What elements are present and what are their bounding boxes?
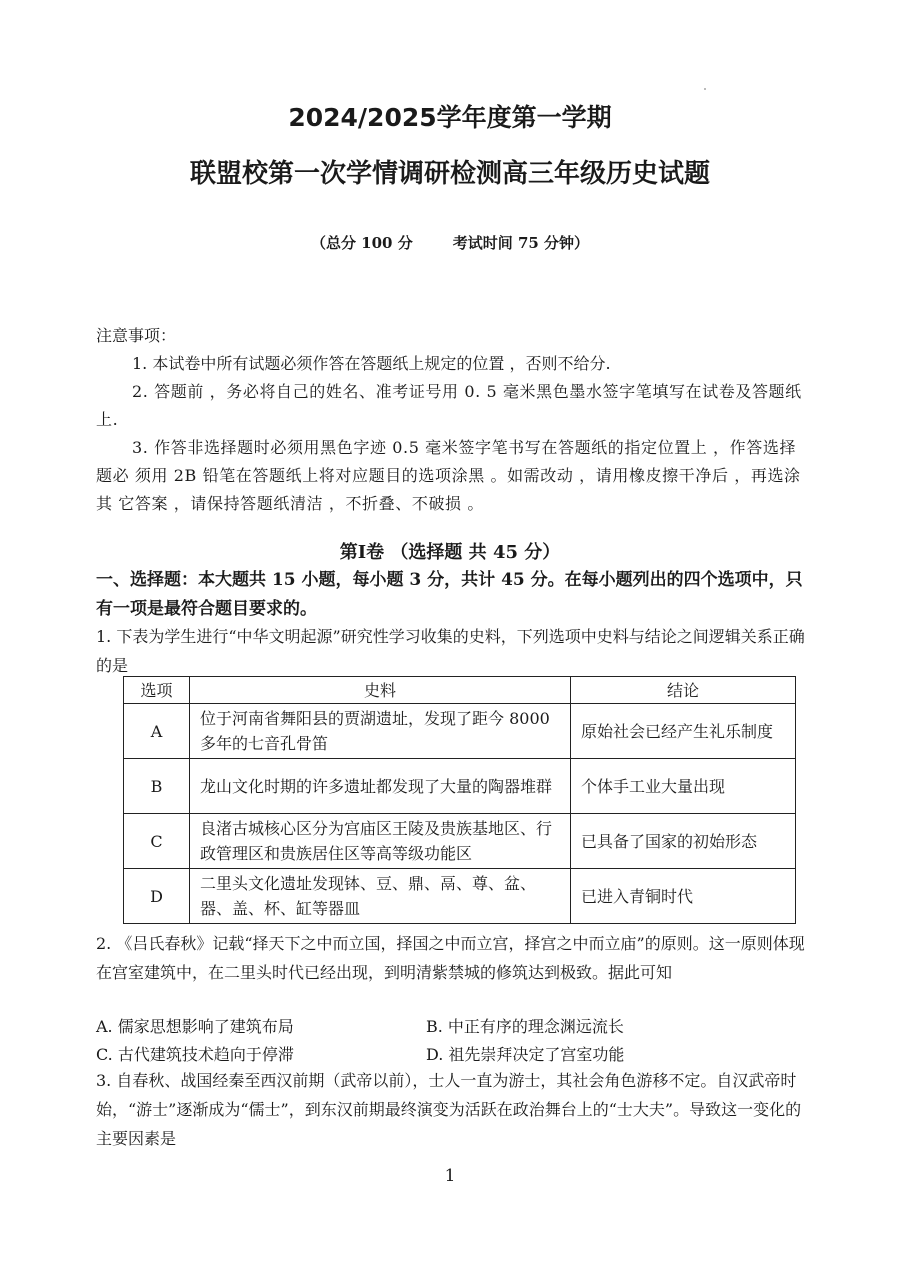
page-number: 1 [0, 1166, 900, 1186]
table-cell-option: A [124, 704, 190, 759]
table-header-option: 选项 [124, 677, 190, 704]
exam-time: 考试时间 75 分钟） [453, 234, 589, 252]
table-header-conclusion: 结论 [571, 677, 796, 704]
question-3-stem: 3. 自春秋、战国经秦至西汉前期（武帝以前），士人一直为游士，其社会角色游移不定… [96, 1066, 808, 1153]
total-score: （总分 100 分 [311, 234, 413, 252]
notes-heading: 注意事项： [96, 322, 806, 350]
scan-speck [704, 88, 706, 90]
question-2-option-b: B. 中正有序的理念渊远流长 [426, 1013, 756, 1041]
table-header-row: 选项 史料 结论 [124, 677, 796, 704]
notes-section: 注意事项： 1. 本试卷中所有试题必须作答在答题纸上规定的位置 ，否则不给分. … [96, 322, 806, 518]
question-2-stem: 2. 《吕氏春秋》记载“择天下之中而立国，择国之中而立宫，择宫之中而立庙”的原则… [96, 929, 808, 987]
table-row: A 位于河南省舞阳县的贾湖遗址，发现了距今 8000 多年的七音孔骨笛 原始社会… [124, 704, 796, 759]
exam-title-term: 2024/2025学年度第一学期 [0, 98, 900, 134]
table-header-material: 史料 [190, 677, 571, 704]
question-2-option-a: A. 儒家思想影响了建筑布局 [96, 1013, 426, 1041]
question-1-table: 选项 史料 结论 A 位于河南省舞阳县的贾湖遗址，发现了距今 8000 多年的七… [123, 676, 796, 924]
table-cell-material: 良渚古城核心区分为宫庙区王陵及贵族基地区、行政管理区和贵族居住区等高等级功能区 [190, 814, 571, 869]
exam-meta: （总分 100 分考试时间 75 分钟） [0, 232, 900, 253]
table-cell-conclusion: 个体手工业大量出现 [571, 759, 796, 814]
question-2-option-d: D. 祖先崇拜决定了宫室功能 [426, 1041, 756, 1069]
table-cell-option: D [124, 869, 190, 924]
table-cell-conclusion: 已进入青铜时代 [571, 869, 796, 924]
note-item-3: 3. 作答非选择题时必须用黑色字迹 0.5 毫米签字笔书写在答题纸的指定位置上 … [96, 434, 806, 518]
table-row: D 二里头文化遗址发现钵、豆、鼎、鬲、尊、盆、器、盖、杯、缸等器皿 已进入青铜时… [124, 869, 796, 924]
table-cell-option: B [124, 759, 190, 814]
table-cell-conclusion: 已具备了国家的初始形态 [571, 814, 796, 869]
table-cell-option: C [124, 814, 190, 869]
table-row: C 良渚古城核心区分为宫庙区王陵及贵族基地区、行政管理区和贵族居住区等高等级功能… [124, 814, 796, 869]
table-row: B 龙山文化时期的许多遗址都发现了大量的陶器堆群 个体手工业大量出现 [124, 759, 796, 814]
table-cell-material: 龙山文化时期的许多遗址都发现了大量的陶器堆群 [190, 759, 571, 814]
exam-title-main: 联盟校第一次学情调研检测高三年级历史试题 [0, 153, 900, 190]
table-cell-material: 位于河南省舞阳县的贾湖遗址，发现了距今 8000 多年的七音孔骨笛 [190, 704, 571, 759]
table-cell-material: 二里头文化遗址发现钵、豆、鼎、鬲、尊、盆、器、盖、杯、缸等器皿 [190, 869, 571, 924]
question-2-option-c: C. 古代建筑技术趋向于停滞 [96, 1041, 426, 1069]
table-cell-conclusion: 原始社会已经产生礼乐制度 [571, 704, 796, 759]
section-title: 第Ⅰ卷 （选择题 共 45 分） [0, 538, 900, 564]
note-item-2: 2. 答题前 ，务必将自己的姓名、准考证号用 0. 5 毫米黑色墨水签字笔填写在… [96, 378, 806, 434]
question-2-options: A. 儒家思想影响了建筑布局 B. 中正有序的理念渊远流长 C. 古代建筑技术趋… [96, 1013, 808, 1069]
question-1-stem: 1. 下表为学生进行“中华文明起源”研究性学习收集的史料，下列选项中史料与结论之… [96, 622, 808, 680]
note-item-1: 1. 本试卷中所有试题必须作答在答题纸上规定的位置 ，否则不给分. [96, 350, 806, 378]
section-instruction: 一、选择题：本大题共 15 小题，每小题 3 分，共计 45 分。在每小题列出的… [96, 566, 808, 624]
